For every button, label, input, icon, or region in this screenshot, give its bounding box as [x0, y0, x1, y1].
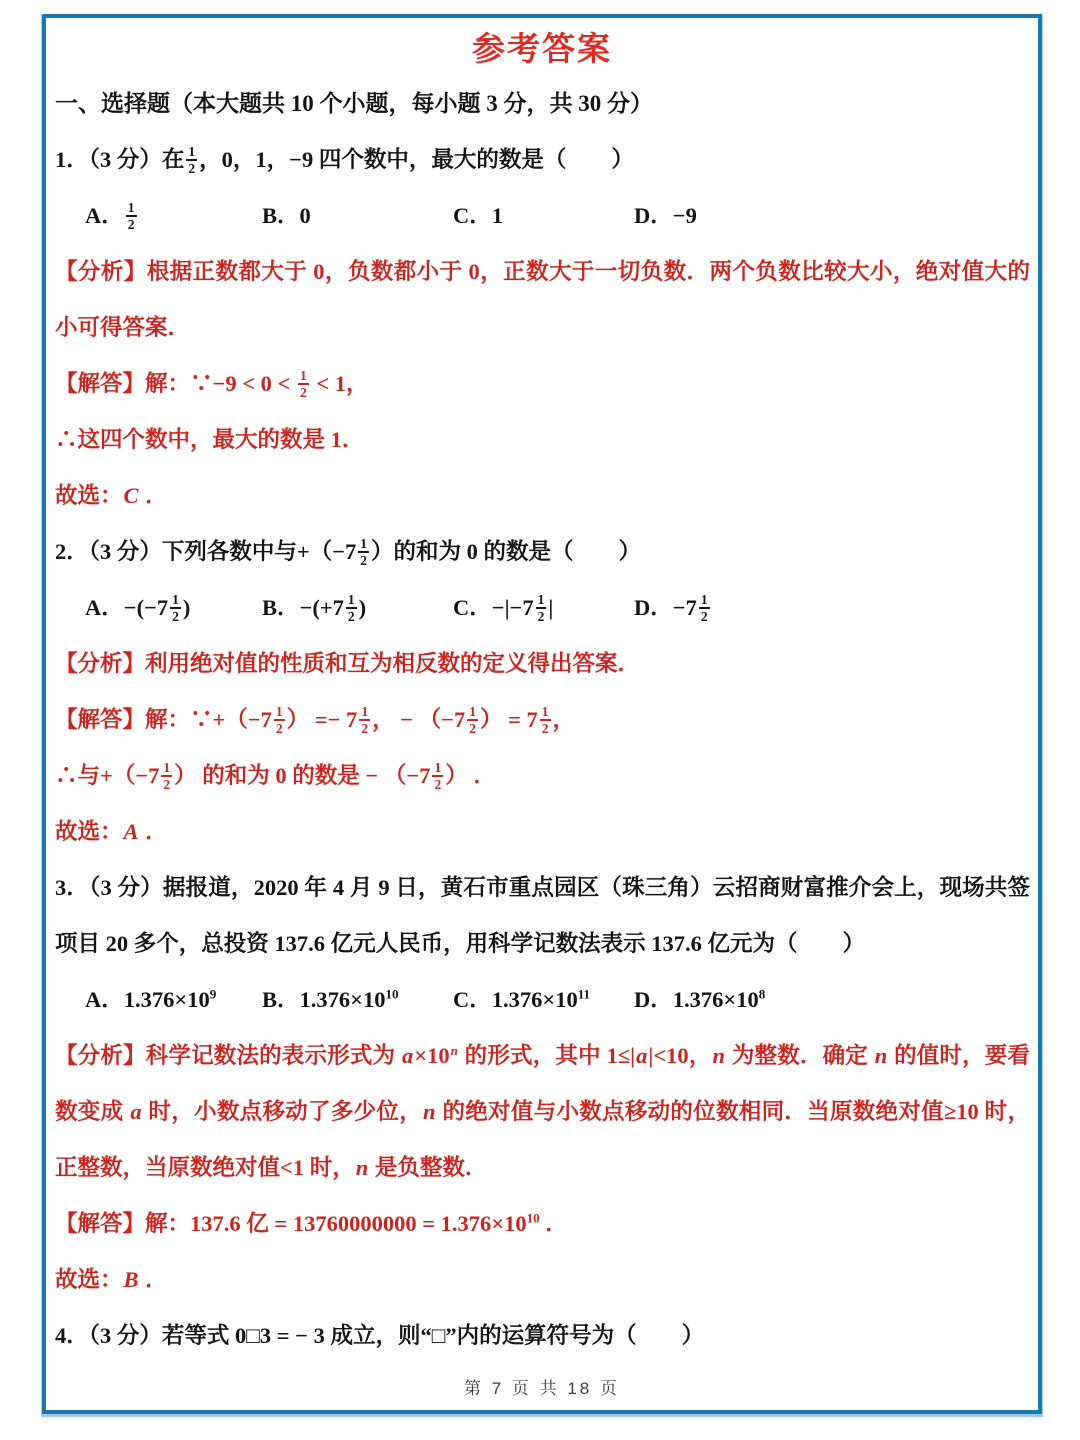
fraction: 12 [467, 705, 478, 736]
text-run: B．1.376×10 [262, 987, 385, 1012]
text-run: 2．（3 分）下列各数中与+（−7 [55, 539, 356, 564]
option: B．0 [262, 188, 311, 244]
text-run: B．0 [262, 203, 311, 228]
text-run: C．1.376×10 [453, 987, 578, 1012]
option: D．−712 [634, 580, 712, 636]
text-run: A．−(−7 [85, 595, 168, 620]
option: A．1.376×109 [85, 972, 216, 1028]
text-run: < 1， [311, 371, 369, 396]
fraction: 12 [298, 369, 309, 400]
text-run: ) [183, 595, 191, 620]
text-run: 小可得答案． [55, 315, 190, 340]
page-footer: 第 7 页 共 18 页 [46, 1364, 1038, 1408]
text-run: ×10 [414, 1043, 449, 1068]
text-run: ）的和为 0 的数是（ ） [371, 539, 641, 564]
text-run: ． [140, 819, 168, 844]
text-run: 正整数，当原数绝对值<1 时， [55, 1155, 355, 1180]
text-run: 数变成 [55, 1099, 129, 1124]
text-run: 【分析】利用绝对值的性质和互为相反数的定义得出答案． [55, 651, 640, 676]
fraction: 12 [346, 593, 357, 624]
text-run: | [548, 595, 553, 620]
text-run: D．−7 [634, 595, 697, 620]
page-frame: 参考答案 一、选择题（本大题共 10 个小题，每小题 3 分，共 30 分）1．… [42, 14, 1042, 1414]
text-run: 是负整数． [369, 1155, 487, 1180]
text-run: 的形式，其中 1≤| [459, 1043, 635, 1068]
italic-text: C [123, 483, 140, 508]
text-run: ） = 7 [480, 707, 538, 732]
text-run: ） 的和为 0 的数是 − （−7 [174, 763, 430, 788]
superscript: 8 [759, 987, 766, 1002]
fraction: 12 [170, 593, 181, 624]
text-run: D．−9 [634, 203, 697, 228]
option: C．1 [453, 188, 503, 244]
fraction: 12 [161, 761, 172, 792]
superscript: n [450, 1043, 459, 1058]
answer-line: 【解答】解：∵−9 < 0 < 12 < 1， [55, 356, 1030, 412]
option: D．1.376×108 [634, 972, 765, 1028]
text-run: 的绝对值与小数点移动的位数相同．当原数绝对值≥10 时， [437, 1099, 1030, 1124]
question-line: 3．（3 分）据报道，2020 年 4 月 9 日，黄石市重点园区（珠三角）云招… [55, 860, 1030, 916]
answer-line: 【解答】解：137.6 亿 = 13760000000 = 1.376×1010… [55, 1196, 1030, 1252]
italic-text: n [712, 1043, 727, 1068]
fraction: 12 [536, 593, 547, 624]
question-line: 项目 20 多个，总投资 137.6 亿元人民币，用科学记数法表示 137.6 … [55, 916, 1030, 972]
text-run: ． [140, 483, 168, 508]
answer-line: ∴这四个数中，最大的数是 1． [55, 412, 1030, 468]
answer-line: 小可得答案． [55, 300, 1030, 356]
text-run: C．−|−7 [453, 595, 534, 620]
option: D．−9 [634, 188, 697, 244]
option: A．−(−712) [85, 580, 190, 636]
answer-line: ∴与+（−712） 的和为 0 的数是 − （−712） ． [55, 748, 1030, 804]
text-run: ， − （−7 [372, 707, 465, 732]
text-run: 【解答】解：137.6 亿 = 13760000000 = 1.376×10 [55, 1211, 527, 1236]
italic-text: a [129, 1099, 142, 1124]
document-lines: 一、选择题（本大题共 10 个小题，每小题 3 分，共 30 分）1．（3 分）… [46, 76, 1038, 1364]
fraction: 12 [540, 705, 551, 736]
text-run: C．1 [453, 203, 503, 228]
text-run: 故选： [55, 483, 123, 508]
option: B．−(+712) [262, 580, 366, 636]
options-row: A．1.376×109B．1.376×1010C．1.376×1011D．1.3… [55, 972, 1030, 1028]
italic-text: B [123, 1267, 140, 1292]
superscript: 10 [385, 987, 398, 1002]
question-line: 2．（3 分）下列各数中与+（−712）的和为 0 的数是（ ） [55, 524, 1030, 580]
text-run: 3．（3 分）据报道，2020 年 4 月 9 日，黄石市重点园区（珠三角）云招… [55, 875, 1030, 916]
text-run: ∴这四个数中，最大的数是 1． [55, 427, 364, 452]
option: C．1.376×1011 [453, 972, 590, 1028]
question-line: 1．（3 分）在12，0，1，−9 四个数中，最大的数是（ ） [55, 132, 1030, 188]
superscript: 10 [527, 1211, 540, 1226]
text-run: A． [85, 203, 124, 228]
text-run: ，0，1，−9 四个数中，最大的数是（ ） [199, 147, 634, 172]
text-run: ∴与+（−7 [55, 763, 159, 788]
text-run: ） =− 7 [287, 707, 358, 732]
fraction: 12 [186, 145, 197, 176]
text-run: ) [359, 595, 367, 620]
option: A．12 [85, 188, 139, 244]
fraction: 12 [359, 705, 370, 736]
text-run: 项目 20 多个，总投资 137.6 亿元人民币，用科学记数法表示 137.6 … [55, 931, 865, 956]
text-run: A．1.376×10 [85, 987, 210, 1012]
fraction: 12 [274, 705, 285, 736]
italic-text: n [422, 1099, 437, 1124]
text-run: 一、选择题（本大题共 10 个小题，每小题 3 分，共 30 分） [55, 91, 653, 116]
text-run: 为整数．确定 [726, 1043, 874, 1068]
text-run: 故选： [55, 1267, 123, 1292]
answer-line: 正整数，当原数绝对值<1 时，n 是负整数． [55, 1140, 1030, 1196]
fraction: 12 [432, 761, 443, 792]
text-run: 故选： [55, 819, 123, 844]
text-run: ． [140, 1267, 168, 1292]
fraction: 12 [358, 537, 369, 568]
text-run: 4．（3 分）若等式 0□3 = − 3 成立，则“□”内的运算符号为（ ） [55, 1323, 704, 1348]
fraction: 12 [699, 593, 710, 624]
superscript: 11 [578, 987, 590, 1002]
answer-line: 【分析】利用绝对值的性质和互为相反数的定义得出答案． [55, 636, 1030, 692]
text-run: 【解答】解：∵+（−7 [55, 707, 272, 732]
fraction: 12 [126, 201, 137, 232]
text-run: |<10， [648, 1043, 711, 1068]
option: C．−|−712| [453, 580, 553, 636]
section-header: 一、选择题（本大题共 10 个小题，每小题 3 分，共 30 分） [55, 76, 1030, 132]
text-run: ） ． [445, 763, 496, 788]
text-run: 【解答】解：∵−9 < 0 < [55, 371, 296, 396]
italic-text: a [401, 1043, 414, 1068]
answer-line: 【解答】解：∵+（−712） =− 712， − （−712） = 712， [55, 692, 1030, 748]
italic-text: n [874, 1043, 889, 1068]
text-run: ， [553, 707, 576, 732]
text-run: 时，小数点移动了多少位， [143, 1099, 422, 1124]
options-row: A．−(−712)B．−(+712)C．−|−712|D．−712 [55, 580, 1030, 636]
superscript: 9 [210, 987, 217, 1002]
option: B．1.376×1010 [262, 972, 399, 1028]
text-run: 【分析】科学记数法的表示形式为 [55, 1043, 401, 1068]
answer-line: 故选：C ． [55, 468, 1030, 524]
text-run: B．−(+7 [262, 595, 344, 620]
answer-line: 【分析】根据正数都大于 0，负数都小于 0，正数大于一切负数．两个负数比较大小，… [55, 244, 1030, 300]
text-run: 【分析】根据正数都大于 0，负数都小于 0，正数大于一切负数．两个负数比较大小，… [55, 259, 1030, 300]
italic-text: n [355, 1155, 370, 1180]
italic-text: a [635, 1043, 648, 1068]
answer-line: 故选：B ． [55, 1252, 1030, 1308]
italic-text: A [123, 819, 140, 844]
question-line: 4．（3 分）若等式 0□3 = − 3 成立，则“□”内的运算符号为（ ） [55, 1308, 1030, 1364]
options-row: A．12B．0C．1D．−9 [55, 188, 1030, 244]
text-run: 1．（3 分）在 [55, 147, 184, 172]
answer-line: 【分析】科学记数法的表示形式为 a×10n 的形式，其中 1≤|a|<10，n … [55, 1028, 1030, 1084]
text-run: D．1.376×10 [634, 987, 759, 1012]
text-run: ． [540, 1211, 568, 1236]
answer-line: 故选：A ． [55, 804, 1030, 860]
answer-line: 数变成 a 时，小数点移动了多少位，n 的绝对值与小数点移动的位数相同．当原数绝… [55, 1084, 1030, 1140]
page-title: 参考答案 [46, 18, 1038, 76]
